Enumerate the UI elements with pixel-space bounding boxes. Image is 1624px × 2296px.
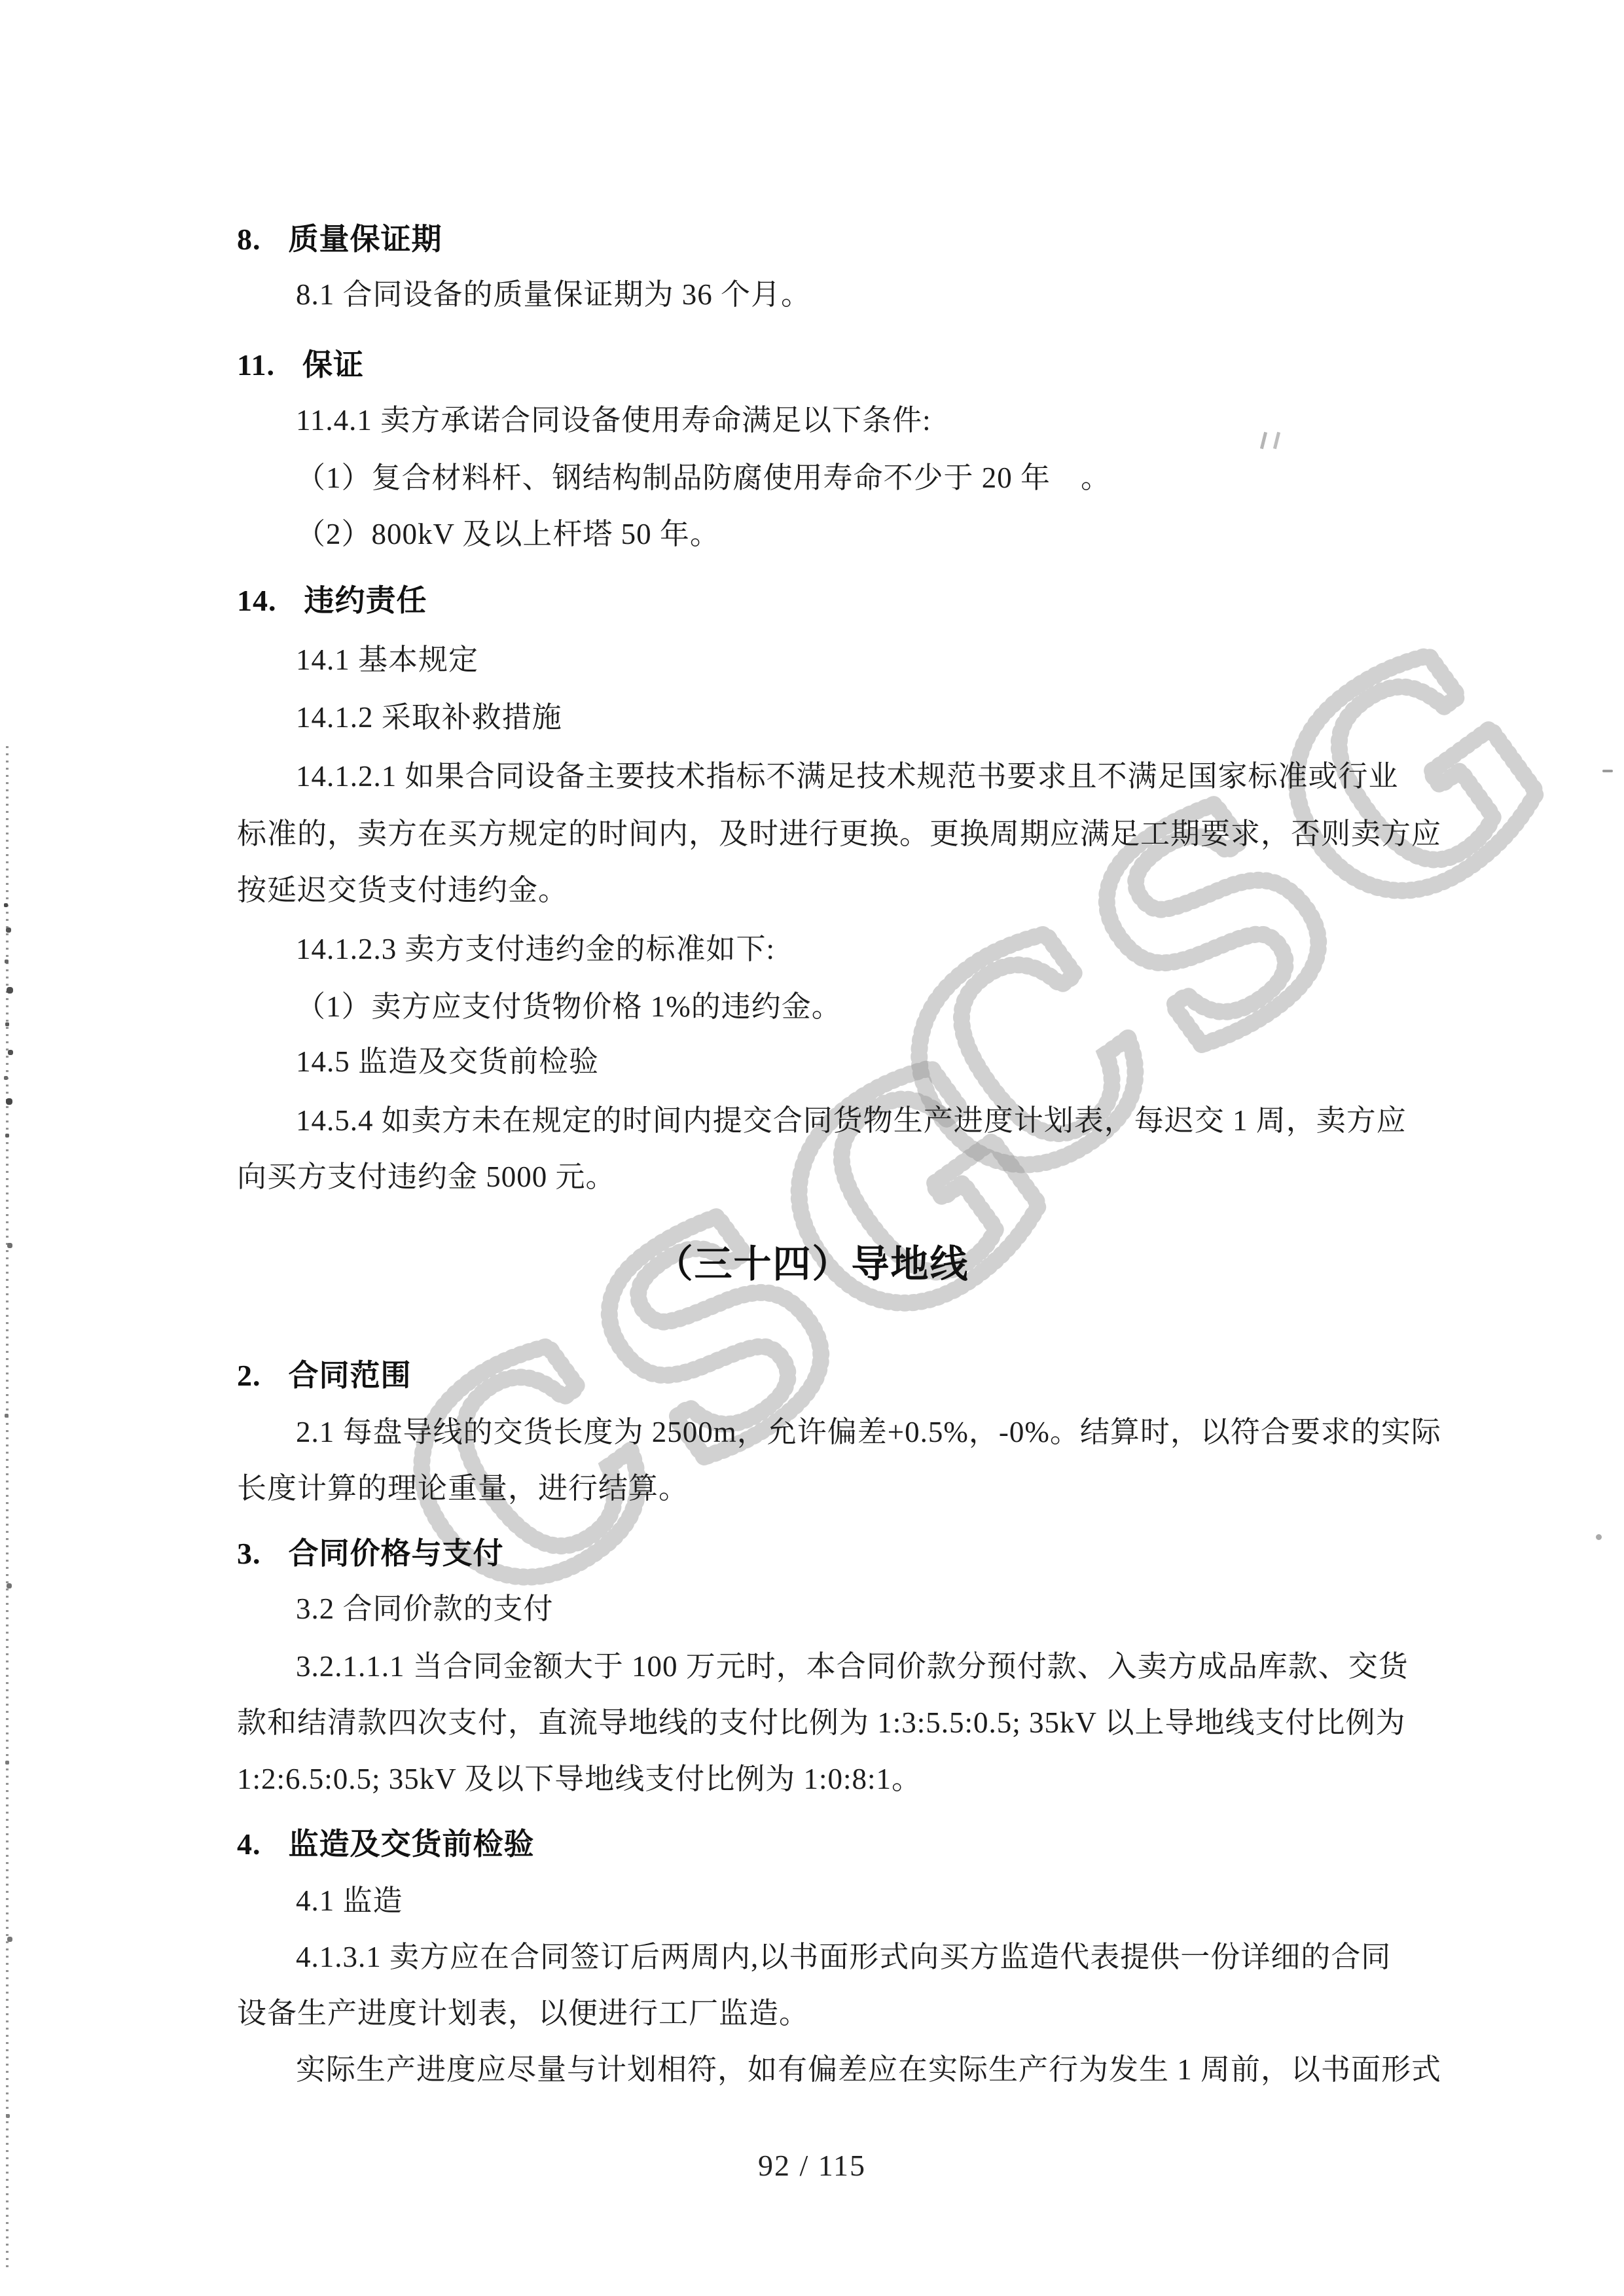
paragraph-line: 14.1.2 采取补救措施 xyxy=(296,698,562,737)
paragraph-line: 按延迟交货支付违约金。 xyxy=(237,870,568,910)
section-heading-2: 2.合同范围 xyxy=(237,1356,412,1395)
paragraph-line: 2.1 每盘导线的交货长度为 2500m，允许偏差+0.5%，-0%。结算时，以… xyxy=(296,1412,1441,1452)
scan-speck xyxy=(1602,770,1613,772)
section-title: 保证 xyxy=(302,348,364,382)
left-edge-scan-smudges xyxy=(4,903,8,907)
document-page: CSG CSG 8.质量保证期 8.1 合同设备的质量保证期为 36 个月。 1… xyxy=(0,0,1624,2296)
paragraph-line: 向买方支付违约金 5000 元。 xyxy=(237,1157,616,1196)
paragraph-line: 实际生产进度应尽量与计划相符，如有偏差应在实际生产行为发生 1 周前，以书面形式 xyxy=(296,2050,1441,2089)
section-number: 11. xyxy=(237,348,275,382)
section-heading-14: 14.违约责任 xyxy=(237,581,427,620)
paragraph-line: 长度计算的理论重量，进行结算。 xyxy=(237,1469,689,1508)
watermark-csg-icon: CSG xyxy=(838,568,1620,1263)
section-heading-3: 3.合同价格与支付 xyxy=(237,1534,504,1573)
paragraph-line: 设备生产进度计划表，以便进行工厂监造。 xyxy=(237,1994,809,2033)
paragraph-line: （1）卖方应支付货物价格 1%的违约金。 xyxy=(296,987,842,1026)
paragraph-line: 3.2.1.1.1 当合同金额大于 100 万元时，本合同价款分预付款、入卖方成… xyxy=(296,1647,1409,1686)
section-heading-8: 8.质量保证期 xyxy=(237,220,442,259)
paragraph-line: 款和结清款四次支付，直流导地线的支付比例为 1:3:5.5:0.5; 35kV … xyxy=(237,1703,1405,1742)
paragraph-line: （2）800kV 及以上杆塔 50 年。 xyxy=(296,514,720,554)
paragraph-line: 14.1.2.3 卖方支付违约金的标准如下: xyxy=(296,929,775,969)
paragraph-line: 14.1 基本规定 xyxy=(296,640,478,679)
section-title: 监造及交货前检验 xyxy=(289,1827,535,1861)
section-number: 2. xyxy=(237,1359,261,1392)
section-heading-11: 11.保证 xyxy=(237,346,364,385)
section-number: 14. xyxy=(237,584,277,617)
scan-speck xyxy=(1596,1534,1602,1540)
section-number: 8. xyxy=(237,223,261,256)
left-edge-scan-artifact xyxy=(6,746,9,2271)
section-title: 违约责任 xyxy=(304,584,427,617)
section-heading-4: 4.监造及交货前检验 xyxy=(237,1825,535,1864)
section-title: 合同价格与支付 xyxy=(289,1537,504,1570)
paragraph-line: 标准的，卖方在买方规定的时间内，及时进行更换。更换周期应满足工期要求，否则卖方应 xyxy=(237,814,1441,853)
paragraph-line: 14.1.2.1 如果合同设备主要技术指标不满足技术规范书要求且不满足国家标准或… xyxy=(296,757,1399,796)
paragraph-line: 4.1 监造 xyxy=(296,1881,403,1920)
page-number: 92 / 115 xyxy=(0,2148,1624,2183)
section-number: 4. xyxy=(237,1827,261,1861)
paragraph-line: （1）复合材料杆、钢结构制品防腐使用寿命不少于 20 年 。 xyxy=(296,458,1111,497)
paragraph-line: 1:2:6.5:0.5; 35kV 及以下导地线支付比例为 1:0:8:1。 xyxy=(237,1759,922,1799)
chapter-title: （三十四）导地线 xyxy=(0,1233,1624,1288)
paragraph-line: 11.4.1 卖方承诺合同设备使用寿命满足以下条件: xyxy=(296,401,931,440)
section-title: 合同范围 xyxy=(289,1359,412,1392)
paragraph-line: 4.1.3.1 卖方应在合同签订后两周内,以书面形式向买方监造代表提供一份详细的… xyxy=(296,1937,1391,1977)
section-number: 3. xyxy=(237,1537,261,1570)
paragraph-line: 14.5 监造及交货前检验 xyxy=(296,1042,599,1081)
section-title: 质量保证期 xyxy=(289,223,442,256)
paragraph-line: 8.1 合同设备的质量保证期为 36 个月。 xyxy=(296,275,811,314)
scan-speck xyxy=(1273,432,1280,449)
paragraph-line: 14.5.4 如卖方未在规定的时间内提交合同货物生产进度计划表，每迟交 1 周，… xyxy=(296,1101,1407,1140)
paragraph-line: 3.2 合同价款的支付 xyxy=(296,1589,554,1628)
scan-speck xyxy=(1260,432,1267,449)
